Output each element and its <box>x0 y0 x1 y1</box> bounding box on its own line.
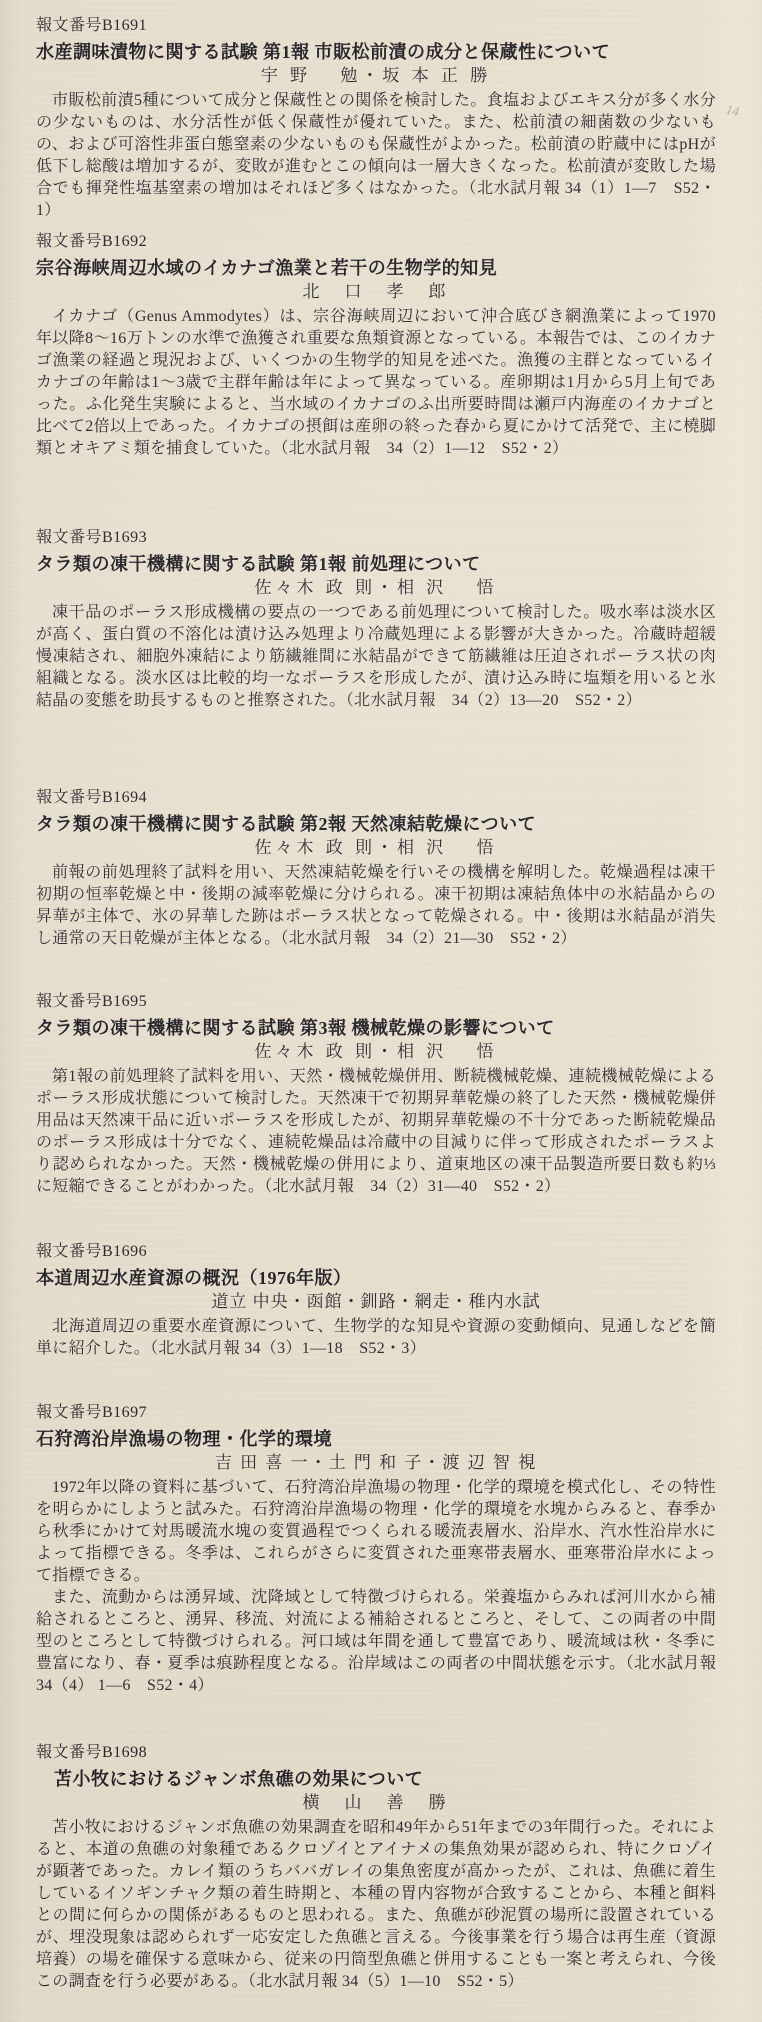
scanned-document-page: 14 報文番号B1691 水産調味漬物に関する試験 第1報 市販松前漬の成分と保… <box>0 0 762 2022</box>
report-authors: 佐々木 政 則・相 沢 悟 <box>36 1040 716 1064</box>
report-abstract: 凍干品のポーラス形成機構の要点の一つである前処理について検討した。吸水率は淡水区… <box>36 602 716 712</box>
report-abstract: 苫小牧におけるジャンボ魚礁の効果調査を昭和49年から51年までの3年間行った。そ… <box>36 1817 716 1993</box>
report-abstract: 第1報の前処理終了試料を用い、天然・機械乾燥併用、断続機械乾燥、連続機械乾燥によ… <box>36 1066 716 1198</box>
report-number: 報文番号B1698 <box>36 1741 716 1765</box>
abstract-paragraph: イカナゴ（Genus Ammodytes）は、宗谷海峡周辺において沖合底びき網漁… <box>36 306 716 460</box>
report-number: 報文番号B1696 <box>36 1240 716 1264</box>
report-entry-b1695: 報文番号B1695 タラ類の凍干機構に関する試験 第3報 機械乾燥の影響について… <box>36 990 716 1198</box>
report-abstract: イカナゴ（Genus Ammodytes）は、宗谷海峡周辺において沖合底びき網漁… <box>36 306 716 460</box>
abstract-paragraph: 苫小牧におけるジャンボ魚礁の効果調査を昭和49年から51年までの3年間行った。そ… <box>36 1817 716 1993</box>
report-entry-b1697: 報文番号B1697 石狩湾沿岸漁場の物理・化学的環境 吉 田 喜 一・土 門 和… <box>36 1401 716 1697</box>
report-title: タラ類の凍干機構に関する試験 第3報 機械乾燥の影響について <box>36 1016 716 1040</box>
report-title: 苫小牧におけるジャンボ魚礁の効果について <box>36 1767 716 1791</box>
handwritten-pencil-annotation: 14 <box>724 102 740 120</box>
abstract-paragraph: 前報の前処理終了試料を用い、天然凍結乾燥を行いその機構を解明した。乾燥過程は凍干… <box>36 862 716 950</box>
abstract-paragraph: 第1報の前処理終了試料を用い、天然・機械乾燥併用、断続機械乾燥、連続機械乾燥によ… <box>36 1066 716 1198</box>
report-authors: 道立 中央・函館・釧路・網走・稚内水試 <box>36 1290 716 1314</box>
report-title: 本道周辺水産資源の概況（1976年版） <box>36 1266 716 1290</box>
report-number: 報文番号B1693 <box>36 526 716 550</box>
report-authors: 佐々木 政 則・相 沢 悟 <box>36 576 716 600</box>
report-authors: 横 山 善 勝 <box>36 1791 716 1815</box>
abstract-paragraph: 凍干品のポーラス形成機構の要点の一つである前処理について検討した。吸水率は淡水区… <box>36 602 716 712</box>
report-authors: 北 口 孝 郎 <box>36 280 716 304</box>
report-title: 宗谷海峡周辺水域のイカナゴ漁業と若干の生物学的知見 <box>36 256 716 280</box>
report-authors: 佐々木 政 則・相 沢 悟 <box>36 836 716 860</box>
report-number: 報文番号B1691 <box>36 14 716 38</box>
abstract-paragraph: 1972年以降の資料に基づいて、石狩湾沿岸漁場の物理・化学的環境を模式化し、その… <box>36 1477 716 1587</box>
report-number: 報文番号B1694 <box>36 786 716 810</box>
report-abstract: 北海道周辺の重要水産資源について、生物学的な知見や資源の変動傾向、見通しなどを簡… <box>36 1316 716 1360</box>
report-abstract: 1972年以降の資料に基づいて、石狩湾沿岸漁場の物理・化学的環境を模式化し、その… <box>36 1477 716 1697</box>
report-number: 報文番号B1697 <box>36 1401 716 1425</box>
report-authors: 宇 野 勉・坂 本 正 勝 <box>36 64 716 88</box>
report-entry-b1692: 報文番号B1692 宗谷海峡周辺水域のイカナゴ漁業と若干の生物学的知見 北 口 … <box>36 230 716 460</box>
abstract-paragraph: また、流動からは湧昇域、沈降域として特徴づけられる。栄養塩からみれば河川水から補… <box>36 1587 716 1697</box>
report-entry-b1698: 報文番号B1698 苫小牧におけるジャンボ魚礁の効果について 横 山 善 勝 苫… <box>36 1741 716 1993</box>
report-entry-b1696: 報文番号B1696 本道周辺水産資源の概況（1976年版） 道立 中央・函館・釧… <box>36 1240 716 1360</box>
report-entry-b1691: 報文番号B1691 水産調味漬物に関する試験 第1報 市販松前漬の成分と保蔵性に… <box>36 14 716 222</box>
report-abstract: 市販松前漬5種について成分と保蔵性との関係を検討した。食塩およびエキス分が多く水… <box>36 90 716 222</box>
report-title: 石狩湾沿岸漁場の物理・化学的環境 <box>36 1427 716 1451</box>
report-title: 水産調味漬物に関する試験 第1報 市販松前漬の成分と保蔵性について <box>36 40 716 64</box>
report-title: タラ類の凍干機構に関する試験 第2報 天然凍結乾燥について <box>36 812 716 836</box>
report-number: 報文番号B1692 <box>36 230 716 254</box>
report-abstract: 前報の前処理終了試料を用い、天然凍結乾燥を行いその機構を解明した。乾燥過程は凍干… <box>36 862 716 950</box>
report-entry-b1694: 報文番号B1694 タラ類の凍干機構に関する試験 第2報 天然凍結乾燥について … <box>36 786 716 950</box>
abstract-paragraph: 市販松前漬5種について成分と保蔵性との関係を検討した。食塩およびエキス分が多く水… <box>36 90 716 222</box>
report-entry-b1693: 報文番号B1693 タラ類の凍干機構に関する試験 第1報 前処理について 佐々木… <box>36 526 716 712</box>
report-number: 報文番号B1695 <box>36 990 716 1014</box>
abstract-paragraph: 北海道周辺の重要水産資源について、生物学的な知見や資源の変動傾向、見通しなどを簡… <box>36 1316 716 1360</box>
report-authors: 吉 田 喜 一・土 門 和 子・渡 辺 智 視 <box>36 1451 716 1475</box>
report-title: タラ類の凍干機構に関する試験 第1報 前処理について <box>36 552 716 576</box>
